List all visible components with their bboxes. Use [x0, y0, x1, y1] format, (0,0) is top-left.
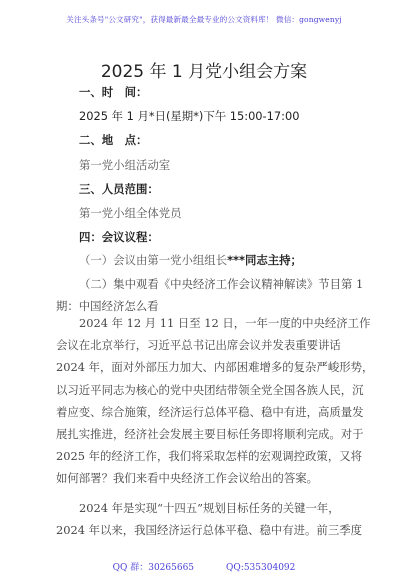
paragraph-line: 2024 年以来，我国经济运行总体平稳、稳中有进。前三季度	[56, 519, 360, 541]
section-place-value: 第一党小组活动室	[79, 158, 170, 172]
agenda-item-1-prefix: （一）会议由第一党小组组长	[79, 253, 227, 267]
paragraph-line: 2024 年是实现“十四五”规划目标任务的关键一年，	[56, 497, 360, 519]
agenda-item-1-suffix: ***同志主持；	[227, 253, 302, 267]
header-watermark-note: 关注头条号"公文研究"，获得最新最全最专业的公文资料库！ 微信：gongweny…	[0, 14, 408, 25]
footer-qq-group: QQ 群：30265665	[113, 560, 194, 573]
section-people-value: 第一党小组全体党员	[79, 206, 182, 220]
paragraph-line: 如何部署？我们来看中央经济工作会议给出的答案。	[56, 467, 360, 489]
paragraph-line: 展扎实推进，经济社会发展主要目标任务即将顺利完成。对于	[56, 423, 360, 445]
section-time-heading: 一、时 间：	[79, 85, 147, 99]
paragraph-line: 2024 年 12 月 11 日至 12 日，一年一度的中央经济工作	[56, 312, 360, 334]
document-page: 关注头条号"公文研究"，获得最新最全最专业的公文资料库！ 微信：gongweny…	[0, 0, 408, 580]
paragraph-line: 着应变、综合施策，经济运行总体平稳、稳中有进，高质量发	[56, 401, 360, 423]
paragraph-line: 2024 年，面对外部压力加大、内部困难增多的复杂严峻形势，	[56, 356, 360, 378]
footer-contact-note: QQ 群：30265665QQ:535304092	[0, 560, 408, 573]
paragraph-line: 2025 年的经济工作，我们将采取怎样的宏观调控政策，又将	[56, 445, 360, 467]
document-title: 2025 年 1 月党小组会方案	[0, 57, 408, 82]
paragraph-line: 以习近平同志为核心的党中央团结带领全党全国各族人民，沉	[56, 379, 360, 401]
footer-qq: QQ:535304092	[226, 563, 295, 573]
agenda-item-2-line-2: 期：中国经济怎么看	[56, 299, 159, 313]
section-time-value: 2025 年 1 月*日(星期*)下午 15:00-17:00	[79, 109, 300, 123]
agenda-item-1: （一）会议由第一党小组组长***同志主持；	[79, 253, 302, 267]
section-place-heading: 二、地 点：	[79, 133, 147, 147]
section-people-heading: 三、人员范围：	[79, 182, 159, 196]
paragraph-line: 会议在北京举行，习近平总书记出席会议并发表重要讲话	[56, 334, 360, 356]
agenda-item-2-line-1: （二）集中观看《中央经济工作会议精神解读》节目第 1	[79, 277, 363, 291]
paragraph-economic-conference: 2024 年 12 月 11 日至 12 日，一年一度的中央经济工作 会议在北京…	[56, 312, 360, 490]
section-agenda-heading: 四：会议议程：	[79, 230, 159, 244]
paragraph-key-year: 2024 年是实现“十四五”规划目标任务的关键一年， 2024 年以来，我国经济…	[56, 497, 360, 541]
